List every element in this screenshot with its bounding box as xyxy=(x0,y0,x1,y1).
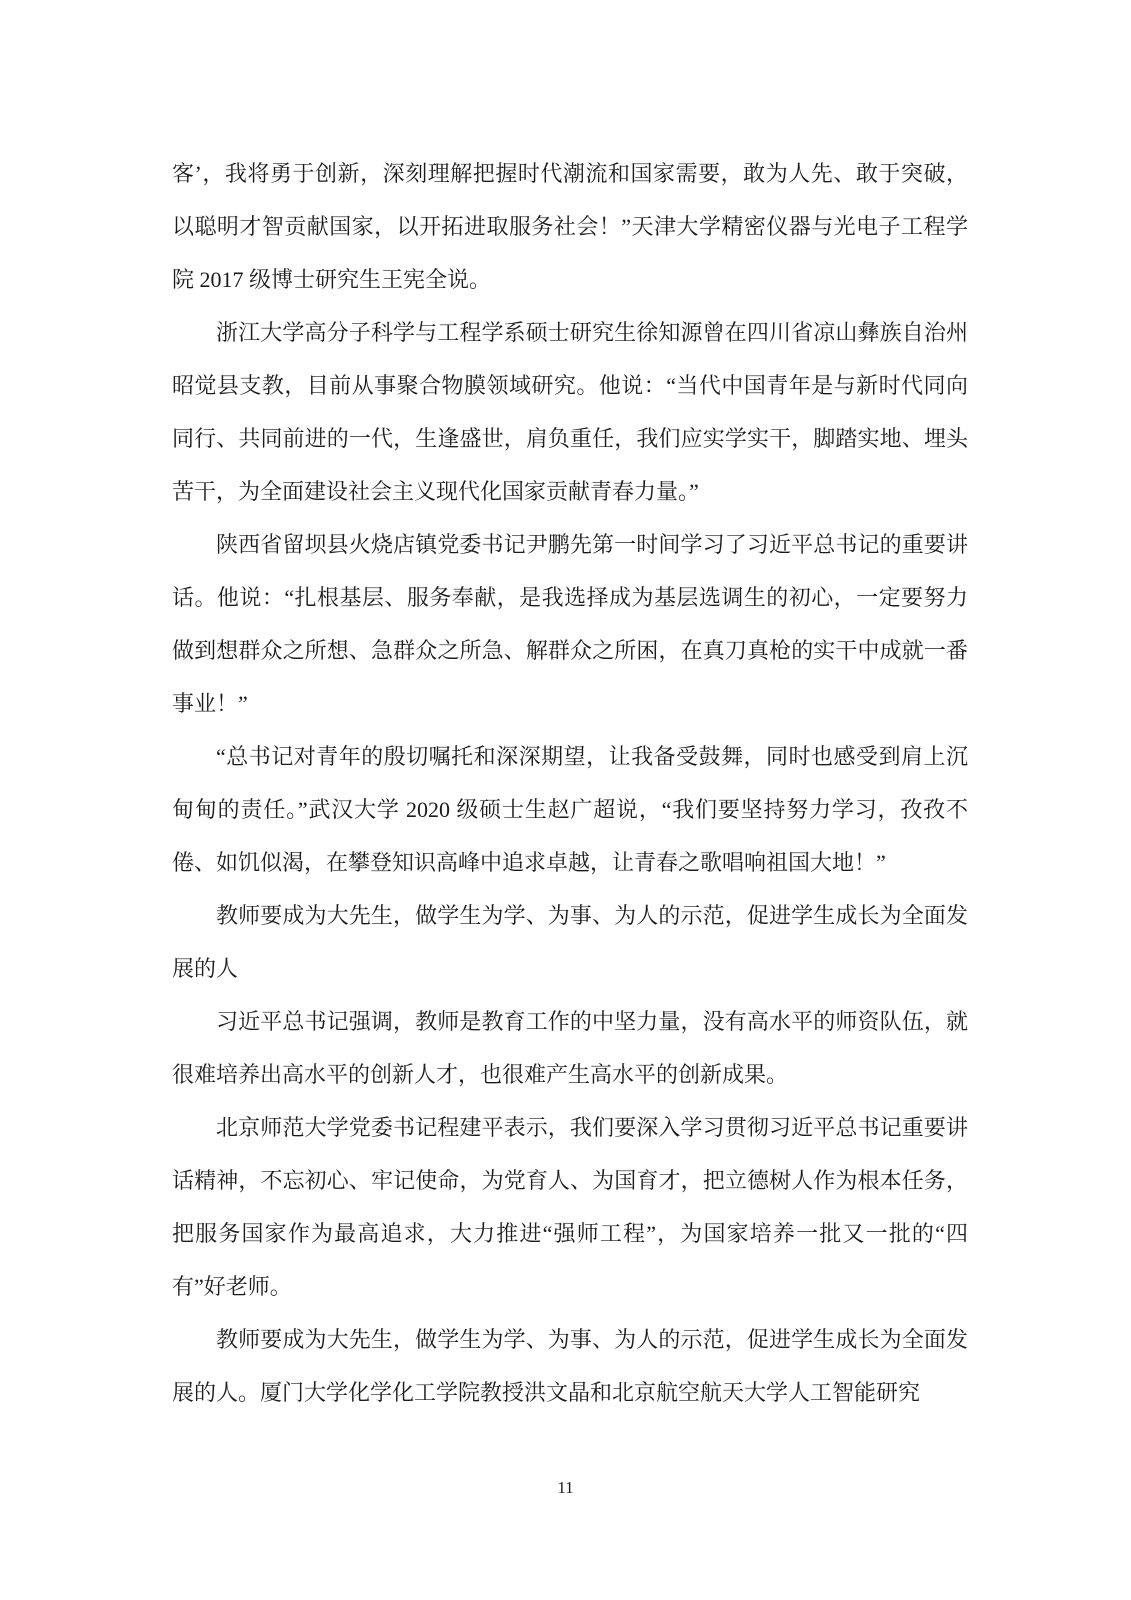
paragraph: “总书记对青年的殷切嘱托和深深期望，让我备受鼓舞，同时也感受到肩上沉甸甸的责任。… xyxy=(172,730,968,889)
paragraph: 北京师范大学党委书记程建平表示，我们要深入学习贯彻习近平总书记重要讲话精神，不忘… xyxy=(172,1101,968,1313)
paragraph: 教师要成为大先生，做学生为学、为事、为人的示范，促进学生成长为全面发展的人。厦门… xyxy=(172,1313,968,1419)
page-number: 11 xyxy=(557,1478,573,1497)
paragraph: 客’，我将勇于创新，深刻理解把握时代潮流和国家需要，敢为人先、敢于突破，以聪明才… xyxy=(172,147,968,306)
page-footer: 11 xyxy=(0,1478,1131,1498)
paragraph: 浙江大学高分子科学与工程学系硕士研究生徐知源曾在四川省凉山彝族自治州昭觉县支教，… xyxy=(172,306,968,518)
document-page: 客’，我将勇于创新，深刻理解把握时代潮流和国家需要，敢为人先、敢于突破，以聪明才… xyxy=(0,0,1131,1600)
paragraph: 习近平总书记强调，教师是教育工作的中坚力量，没有高水平的师资队伍，就很难培养出高… xyxy=(172,995,968,1101)
paragraph: 教师要成为大先生，做学生为学、为事、为人的示范，促进学生成长为全面发展的人 xyxy=(172,889,968,995)
paragraph: 陕西省留坝县火烧店镇党委书记尹鹏先第一时间学习了习近平总书记的重要讲话。他说：“… xyxy=(172,518,968,730)
document-body: 客’，我将勇于创新，深刻理解把握时代潮流和国家需要，敢为人先、敢于突破，以聪明才… xyxy=(172,147,968,1419)
